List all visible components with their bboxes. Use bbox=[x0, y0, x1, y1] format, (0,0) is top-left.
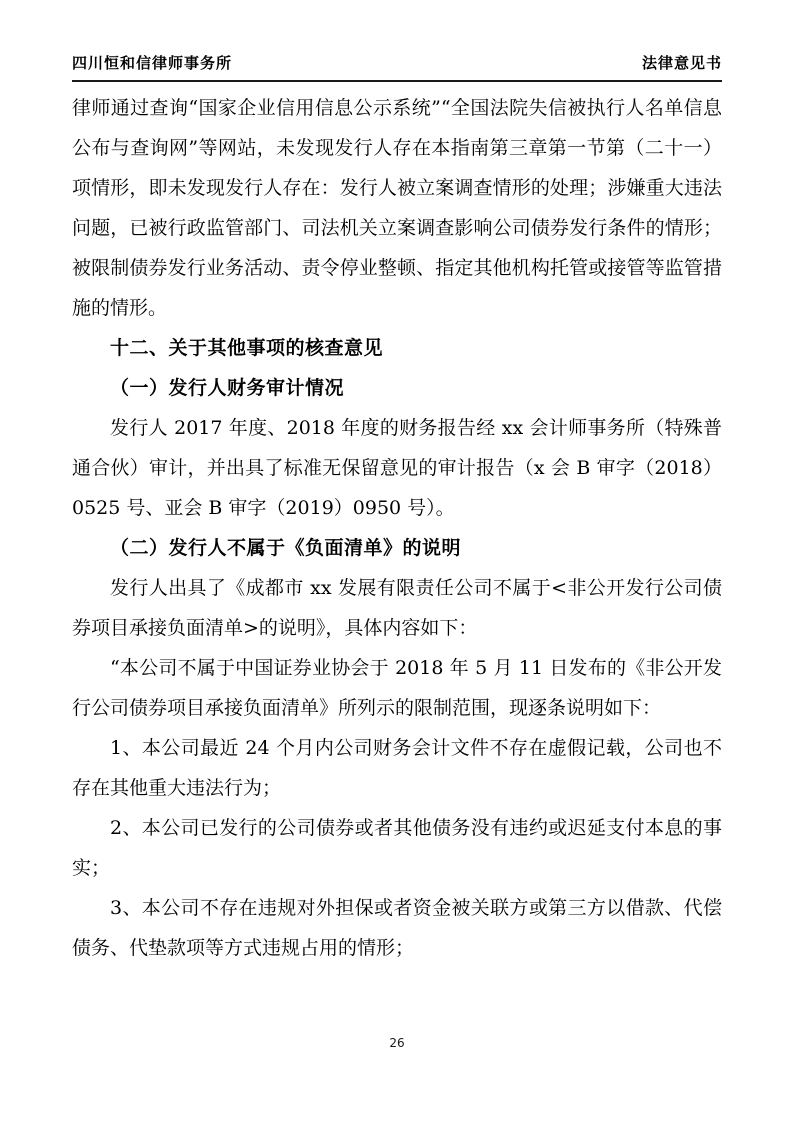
page-header: 四川恒和信律师事务所 法律意见书 bbox=[72, 52, 722, 82]
list-item-2: 2、本公司已发行的公司债券或者其他债务没有违约或迟延支付本息的事实； bbox=[72, 808, 722, 888]
document-body: 律师通过查询“国家企业信用信息公示系统”“全国法院失信被执行人名单信息公布与查询… bbox=[72, 88, 722, 968]
list-item-3: 3、本公司不存在违规对外担保或者资金被关联方或第三方以借款、代偿债务、代垫款项等… bbox=[72, 888, 722, 968]
document-page: 四川恒和信律师事务所 法律意见书 律师通过查询“国家企业信用信息公示系统”“全国… bbox=[0, 0, 794, 1123]
header-doc-type: 法律意见书 bbox=[642, 52, 722, 73]
section-heading-12: 十二、关于其他事项的核查意见 bbox=[72, 328, 722, 368]
paragraph-audit-report: 发行人 2017 年度、2018 年度的财务报告经 xx 会计师事务所（特殊普通… bbox=[72, 408, 722, 528]
header-firm-name: 四川恒和信律师事务所 bbox=[72, 52, 232, 73]
page-footer: 26 bbox=[0, 1036, 794, 1050]
paragraph-quote-intro: “本公司不属于中国证券业协会于 2018 年 5 月 11 日发布的《非公开发行… bbox=[72, 648, 722, 728]
page-number: 26 bbox=[389, 1036, 404, 1050]
subsection-heading-2-negative-list: （二）发行人不属于《负面清单》的说明 bbox=[72, 528, 722, 568]
paragraph-issuer-statement: 发行人出具了《成都市 xx 发展有限责任公司不属于<非公开发行公司债券项目承接负… bbox=[72, 568, 722, 648]
paragraph-verification-continuation: 律师通过查询“国家企业信用信息公示系统”“全国法院失信被执行人名单信息公布与查询… bbox=[72, 88, 722, 328]
subsection-heading-1-audit: （一）发行人财务审计情况 bbox=[72, 368, 722, 408]
list-item-1: 1、本公司最近 24 个月内公司财务会计文件不存在虚假记载，公司也不存在其他重大… bbox=[72, 728, 722, 808]
